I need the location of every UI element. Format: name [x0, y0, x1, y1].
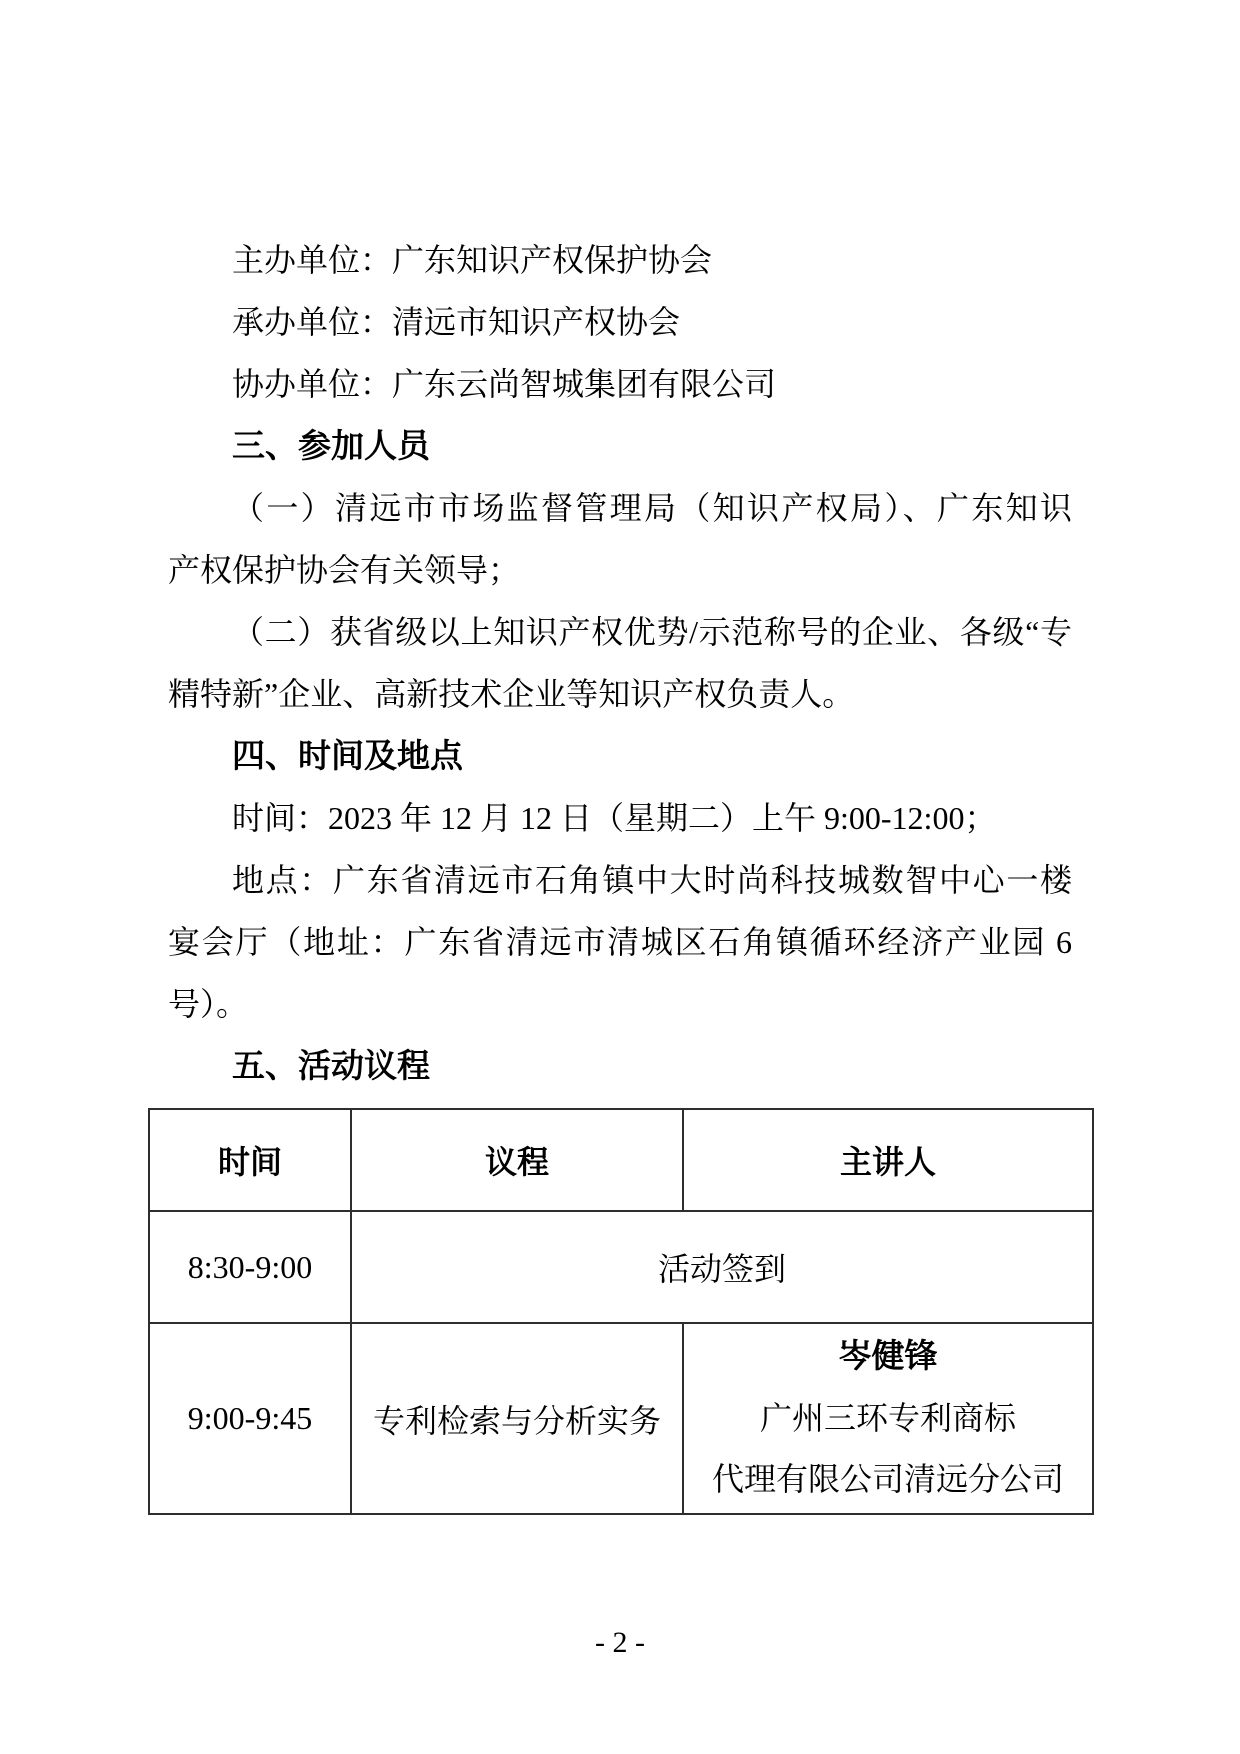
line-participants-1b: 产权保护协会有关领导； — [168, 539, 1072, 601]
document-page: 主办单位：广东知识产权保护协会 承办单位：清远市知识产权协会 协办单位：广东云尚… — [0, 0, 1240, 1754]
heading-time-location: 四、时间及地点 — [168, 725, 1072, 787]
heading-participants: 三、参加人员 — [168, 415, 1072, 477]
agenda-table-container: 时间 议程 主讲人 8:30-9:00 活动签到 9:00-9:45 专利检索与… — [148, 1108, 1094, 1515]
speaker-name: 岑健锋 — [684, 1327, 1092, 1388]
agenda-header-topic: 议程 — [351, 1109, 683, 1211]
line-participants-2a: （二）获省级以上知识产权优势/示范称号的企业、各级“专 — [168, 601, 1072, 663]
page-number: - 2 - — [0, 1622, 1240, 1664]
agenda-signin-topic: 活动签到 — [351, 1211, 1093, 1323]
agenda-row-lecture: 9:00-9:45 专利检索与分析实务 岑健锋 广州三环专利商标 代理有限公司清… — [149, 1323, 1093, 1514]
heading-agenda: 五、活动议程 — [168, 1035, 1072, 1097]
line-time: 时间：2023 年 12 月 12 日（星期二）上午 9:00-12:00； — [168, 787, 1072, 849]
line-location-2: 宴会厅（地址：广东省清远市清城区石角镇循环经济产业园 6 — [168, 911, 1072, 973]
line-participants-2b: 精特新”企业、高新技术企业等知识产权负责人。 — [168, 663, 1072, 725]
line-organizer: 主办单位：广东知识产权保护协会 — [168, 229, 1072, 291]
agenda-table: 时间 议程 主讲人 8:30-9:00 活动签到 9:00-9:45 专利检索与… — [148, 1108, 1094, 1515]
line-co-organizer: 协办单位：广东云尚智城集团有限公司 — [168, 353, 1072, 415]
speaker-org-line2: 代理有限公司清远分公司 — [684, 1449, 1092, 1510]
line-location-1: 地点：广东省清远市石角镇中大时尚科技城数智中心一楼 — [168, 849, 1072, 911]
agenda-header-time: 时间 — [149, 1109, 351, 1211]
agenda-lecture-topic: 专利检索与分析实务 — [351, 1323, 683, 1514]
line-location-3: 号）。 — [168, 973, 1072, 1035]
agenda-header-row: 时间 议程 主讲人 — [149, 1109, 1093, 1211]
document-body: 主办单位：广东知识产权保护协会 承办单位：清远市知识产权协会 协办单位：广东云尚… — [168, 229, 1072, 1097]
line-participants-1a: （一）清远市市场监督管理局（知识产权局）、广东知识 — [168, 477, 1072, 539]
agenda-header-speaker: 主讲人 — [683, 1109, 1093, 1211]
agenda-signin-time: 8:30-9:00 — [149, 1211, 351, 1323]
line-undertaker: 承办单位：清远市知识产权协会 — [168, 291, 1072, 353]
agenda-row-signin: 8:30-9:00 活动签到 — [149, 1211, 1093, 1323]
speaker-org-line1: 广州三环专利商标 — [684, 1388, 1092, 1449]
agenda-lecture-speaker-cell: 岑健锋 广州三环专利商标 代理有限公司清远分公司 — [683, 1323, 1093, 1514]
agenda-lecture-time: 9:00-9:45 — [149, 1323, 351, 1514]
